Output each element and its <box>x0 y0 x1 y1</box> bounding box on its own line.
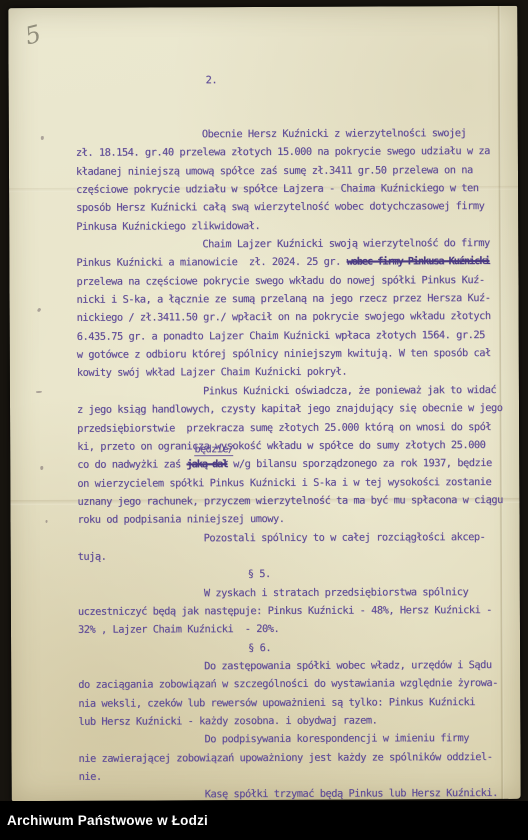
corrected-text: wobec firmy Pinkusa Kuźnicki <box>347 252 490 271</box>
text-line: przelewa na częściowe pokrycie swego wkł… <box>76 271 518 291</box>
section-heading: § 5. <box>78 564 520 584</box>
text-line: sposób Hersz Kuźnicki całą swą wierzytel… <box>76 197 518 217</box>
paper-speck <box>41 136 44 140</box>
paper-speck <box>46 520 48 523</box>
page-number: 2. <box>76 70 518 102</box>
text-line: 32% , Lajzer Chaim Kuźnicki - 20%. <box>78 619 520 639</box>
text-segment: w/g bilansu sporządzonego za rok 1937, b… <box>227 457 492 470</box>
text-line: tują. <box>78 546 520 566</box>
text-line: częściowe pokrycie udziału w spółce Lajz… <box>76 179 518 199</box>
text-line: ki, przeto on ogranicza wysokość wkładu … <box>77 436 519 456</box>
text-line: z jego ksiąg handlowych, czysty kapitał … <box>77 399 519 419</box>
paper-speck <box>37 308 42 313</box>
text-line: 6.435.75 gr. a ponadto Lajzer Chaim Kuźn… <box>77 326 519 346</box>
text-line: nickiego / zł.3411.50 gr./ wpłacił on na… <box>77 307 519 327</box>
archive-name-label: Archiwum Państwowe w Łodzi <box>0 813 208 828</box>
section-heading: § 6. <box>78 638 520 658</box>
text-line: uznany jego rachunek, przyczem wierzytel… <box>77 491 519 511</box>
text-line: zł. 18.154. gr.40 przelewa złotych 15.00… <box>76 142 518 162</box>
text-line: co do nadwyżki zaś będzie/jaką dał w/g b… <box>77 454 519 474</box>
scanned-document-page: 5 2. Obecnie Hersz Kuźnicki z wierzyteln… <box>8 6 520 801</box>
text-segment: Pinkus Kuźnicki a mianowicie zł. 2024. 2… <box>76 256 346 269</box>
text-line: Obecnie Hersz Kuźnicki z wierzytelności … <box>76 124 518 144</box>
corrected-text: będzie/jaką dał <box>186 455 227 474</box>
document-body: Obecnie Hersz Kuźnicki z wierzytelności … <box>76 124 521 805</box>
text-line: Pinkus Kuźnicki oświadcza, że ponieważ j… <box>77 381 519 401</box>
paper-speck <box>40 466 43 470</box>
text-line: on wierzycielem spółki Pinkus Kuźnicki i… <box>77 472 519 492</box>
struck-through-text: jaką dał <box>186 458 227 470</box>
text-line: nia weksli, czeków lub rewersów upoważni… <box>78 693 520 713</box>
text-line: nie zawierającej zobowiązań upoważniony … <box>79 748 521 768</box>
archive-footer-bar: Archiwum Państwowe w Łodzi <box>0 801 528 840</box>
text-line: w gotówce z odbioru której spólnicy nini… <box>77 344 519 364</box>
struck-through-text: wobec firmy Pinkusa Kuźnicki <box>347 255 490 268</box>
paper-speck <box>36 391 42 393</box>
typed-insertion-above-line: będzie/ <box>194 445 233 456</box>
text-line: Chaim Lajzer Kuźnicki swoją wierzytelnoś… <box>76 234 518 254</box>
text-line: Pozostali spólnicy to w całej rozciągłoś… <box>78 527 520 547</box>
text-line: nicki i S-ka, a łącznie ze sumą przelaną… <box>77 289 519 309</box>
text-line: lub Hersz Kuźnicki - każdy zosobna. i ob… <box>78 711 520 731</box>
text-line: nie. <box>79 766 521 786</box>
text-line: W zyskach i stratach przedsiębiorstwa sp… <box>78 582 520 602</box>
text-line: Pinkus Kuźnicki a mianowicie zł. 2024. 2… <box>76 252 518 272</box>
text-line: Do zastępowania spółki wobec władz, urzę… <box>78 656 520 676</box>
typewritten-text-block: 2. Obecnie Hersz Kuźnicki z wierzytelnoś… <box>75 46 520 829</box>
text-line: Do podpisywania korespondencji w imieniu… <box>78 729 520 749</box>
text-segment: co do nadwyżki zaś <box>77 459 186 471</box>
text-line: uczestniczyć będą jak następuje: Pinkus … <box>78 601 520 621</box>
text-line: kowity swój wkład Lajzer Chaim Kuźnicki … <box>77 362 519 382</box>
text-line: przedsiębiorstwie przekracza sumę złotyc… <box>77 417 519 437</box>
handwritten-archival-number: 5 <box>22 20 44 51</box>
text-line: do zaciągania zobowiązań w szczególności… <box>78 674 520 694</box>
text-line: Pinkusa Kuźnickiego zlikwidował. <box>76 216 518 236</box>
text-line: kładanej niniejszą umową spółce zaś sumę… <box>76 161 518 181</box>
text-line: roku od podpisania niniejszej umowy. <box>77 509 519 529</box>
